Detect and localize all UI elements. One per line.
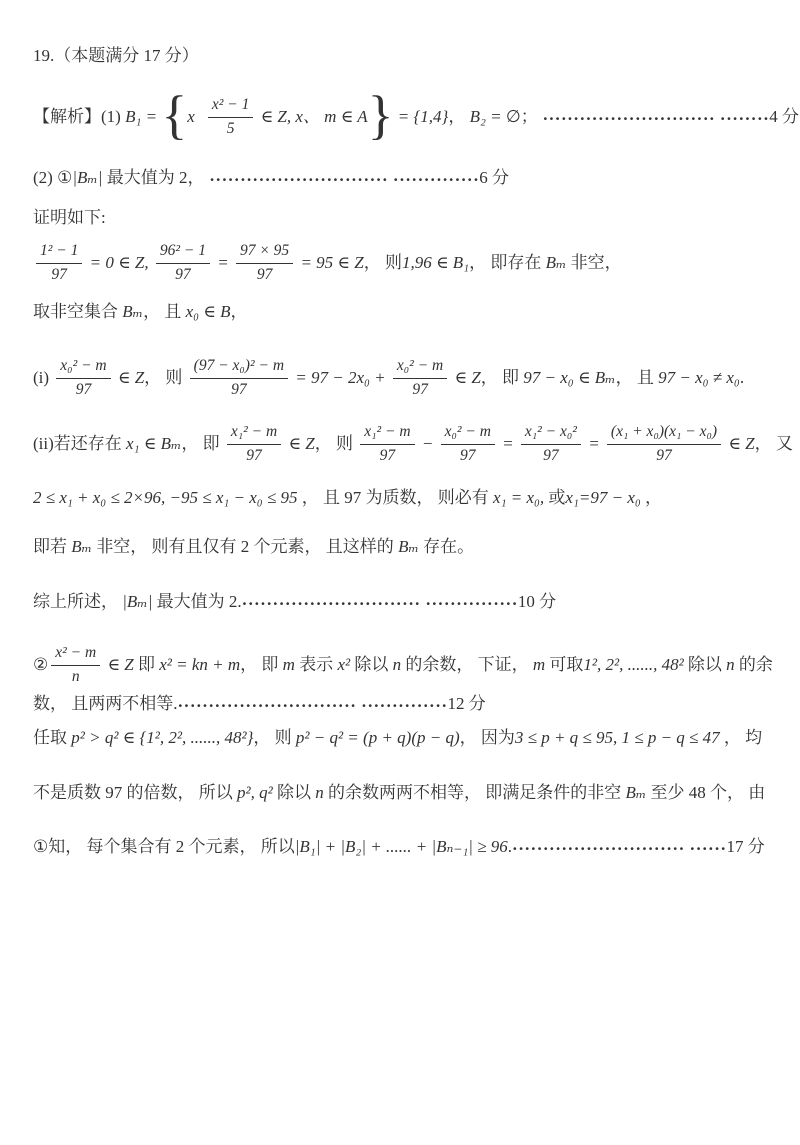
fraction-numerator: (x₁ + x₀)(x₁ − x₀)	[607, 423, 721, 445]
math-run: =	[213, 251, 233, 275]
fraction-numerator: x₀² − m	[441, 423, 495, 445]
document-page: 19.（本题满分 17 分） 【解析】(1) B₁ = {xx² − 15 ∈ …	[0, 0, 800, 1145]
text-run: 非空，	[566, 251, 621, 275]
math-run: p² − q² = (p + q)(p − q)	[296, 726, 460, 750]
math-run: = 97 − 2x₀ +	[291, 366, 390, 390]
math-run: n	[315, 781, 324, 805]
math-run: 1,96 ∈ B₁	[402, 251, 469, 275]
fraction: 97 × 9597	[236, 242, 293, 284]
text-run: 【解析】(1)	[33, 105, 125, 129]
text-run: ， 即存在	[469, 251, 546, 275]
text-run: ①知， 每个集合有 2 个元素， 所以	[33, 835, 295, 859]
text-run: ， 因为	[460, 726, 515, 750]
math-run: 2 ≤ x₁ + x₀ ≤ 2×96, −95 ≤ x₁ − x₀ ≤ 95	[33, 486, 298, 510]
fraction: 96² − 197	[156, 242, 210, 284]
math-run: |Bₘ|	[122, 590, 152, 614]
solution-line: 数， 且两两不相等.····························· …	[33, 692, 778, 716]
text-run: 取非空集合	[33, 300, 122, 324]
math-run: −	[418, 432, 438, 456]
text-run: ，	[448, 105, 469, 129]
fraction: x₀² − m97	[441, 423, 495, 465]
math-run: = {1,4}	[394, 105, 449, 129]
fraction-numerator: x₁² − m	[360, 423, 414, 445]
math-run: x²	[337, 653, 350, 677]
text-run: 非空， 则有且仅有 2 个元素， 且这样的	[92, 535, 398, 559]
dotted-leader: ····························· ··········…	[178, 694, 448, 718]
math-run: x₁ = x₀,	[493, 486, 544, 510]
fraction-numerator: x₀² − m	[393, 357, 447, 379]
fraction-denominator: 97	[246, 445, 262, 466]
solution-line: 2 ≤ x₁ + x₀ ≤ 2×96, −95 ≤ x₁ − x₀ ≤ 95 ，…	[33, 486, 778, 510]
math-run: Bₘ	[546, 251, 567, 275]
fraction: (x₁ + x₀)(x₁ − x₀)97	[607, 423, 721, 465]
math-run: ∈ Z, x、 m ∈ A	[256, 105, 367, 129]
score-mark: 10 分	[518, 590, 556, 614]
text-run: .	[740, 366, 744, 390]
text-run: ， 则	[253, 726, 296, 750]
fraction-denominator: 97	[175, 264, 191, 285]
text-run: ， 则	[364, 251, 402, 275]
solution-line: (i) x₀² − m97 ∈ Z， 则 (97 − x₀)² − m97 = …	[33, 349, 778, 407]
fraction-denominator: 97	[412, 379, 428, 400]
math-run: x₁ ∈ Bₘ	[126, 432, 181, 456]
text-run: ， 即	[240, 653, 283, 677]
fraction-numerator: 1² − 1	[36, 242, 82, 264]
score-mark: 17 分	[727, 835, 765, 859]
fraction-denominator: 97	[231, 379, 247, 400]
fraction-denominator: 5	[227, 118, 235, 139]
fraction: (97 − x₀)² − m97	[190, 357, 288, 399]
text-run: ， 且 97 为质数， 则必有	[298, 486, 494, 510]
fraction-denominator: n	[72, 666, 80, 687]
math-run: 97 − x₀ ∈ Bₘ	[523, 366, 615, 390]
math-run: x₁=97 − x₀	[565, 486, 640, 510]
text-run: 最大值为 2，	[102, 166, 204, 190]
fraction-denominator: 97	[51, 264, 67, 285]
solution-line: 【解析】(1) B₁ = {xx² − 15 ∈ Z, x、 m ∈ A} = …	[33, 86, 778, 148]
text-run: ， 则	[315, 432, 358, 456]
text-run: 即	[134, 653, 160, 677]
text-run: 可取	[545, 653, 583, 677]
solution-line: (ii)若还存在 x₁ ∈ Bₘ， 即 x₁² − m97 ∈ Z， 则 x₁²…	[33, 415, 778, 473]
math-run: x₀ ∈ B	[186, 300, 231, 324]
fraction: x₀² − m97	[56, 357, 110, 399]
math-run: m	[283, 653, 295, 677]
text-run: 综上所述，	[33, 590, 122, 614]
text-run: 除以	[350, 653, 393, 677]
solution-line: 任取 p² > q² ∈ {1², 2², ......, 48²}， 则 p²…	[33, 726, 778, 750]
text-run: 最大值为 2.	[152, 590, 241, 614]
math-run: =	[584, 432, 604, 456]
text-run: (i)	[33, 366, 53, 390]
math-run: |B₁| + |B₂| + ...... + |Bₙ₋₁| ≥ 96	[295, 835, 508, 859]
math-run: ∈ Z	[450, 366, 481, 390]
text-run: ②	[33, 653, 48, 677]
fraction-numerator: 97 × 95	[236, 242, 293, 264]
text-run: ；	[521, 105, 538, 129]
fraction-denominator: 97	[543, 445, 559, 466]
math-run: Bₘ	[71, 535, 92, 559]
math-run: p², q²	[237, 781, 273, 805]
dotted-leader: ····························· ··········…	[242, 592, 518, 616]
fraction-numerator: x₁² − m	[227, 423, 281, 445]
text-run: ，	[231, 300, 248, 324]
math-run: m	[533, 653, 545, 677]
right-brace: }	[368, 91, 394, 140]
math-run: 1², 2², ......, 48²	[583, 653, 683, 677]
score-mark: 12 分	[448, 692, 486, 716]
fraction-numerator: (97 − x₀)² − m	[190, 357, 288, 379]
text-run: 的余	[735, 653, 773, 677]
text-run: 存在。	[419, 535, 474, 559]
text-run: 除以	[684, 653, 727, 677]
math-run: ∈ Z	[724, 432, 755, 456]
solution-line: 1² − 197 = 0 ∈ Z, 96² − 197 = 97 × 9597 …	[33, 234, 778, 292]
fraction-numerator: x² − 1	[208, 96, 254, 118]
text-run: ， 且	[143, 300, 186, 324]
solution-line: 即若 Bₘ 非空， 则有且仅有 2 个元素， 且这样的 Bₘ 存在。	[33, 535, 778, 559]
math-run: B₂ = ∅	[470, 105, 521, 129]
math-run: x	[187, 105, 195, 129]
math-run: ∈ Z	[114, 366, 145, 390]
math-run: = 0 ∈ Z,	[85, 251, 153, 275]
dotted-leader: ···························· ······	[512, 837, 727, 861]
fraction: x² − 15	[208, 96, 254, 138]
fraction: 1² − 197	[36, 242, 82, 284]
fraction-numerator: x² − m	[51, 644, 100, 666]
math-run: n	[393, 653, 402, 677]
text-run: 或	[544, 486, 565, 510]
text-run: ， 均	[720, 726, 763, 750]
solution-line: ②x² − mn ∈ Z 即 x² = kn + m， 即 m 表示 x² 除以…	[33, 636, 778, 694]
math-run: Bₘ	[398, 535, 419, 559]
text-run: ， 则	[144, 366, 187, 390]
problem-heading: 19.（本题满分 17 分）	[33, 44, 778, 68]
math-run: Bₘ	[625, 781, 646, 805]
fraction-denominator: 97	[460, 445, 476, 466]
text-run: 的余数， 下证，	[401, 653, 533, 677]
math-run: ∈ Z	[103, 653, 134, 677]
math-run: = 95 ∈ Z	[296, 251, 364, 275]
text-run: 19.（本题满分 17 分）	[33, 44, 199, 68]
solution-line: 综上所述， |Bₘ| 最大值为 2.······················…	[33, 590, 778, 614]
solution-line: 证明如下:	[33, 206, 778, 230]
math-run: p² > q² ∈ {1², 2², ......, 48²}	[71, 726, 253, 750]
dotted-leader: ····························· ··········…	[204, 168, 479, 192]
text-run: 表示	[295, 653, 338, 677]
text-run: 的余数两两不相等， 即满足条件的非空	[324, 781, 626, 805]
left-brace: {	[161, 91, 187, 140]
text-run: ， 即	[181, 432, 224, 456]
fraction-numerator: 96² − 1	[156, 242, 210, 264]
dotted-leader: ···························· ········	[538, 107, 770, 131]
score-mark: 6 分	[479, 166, 509, 190]
solution-line: 取非空集合 Bₘ， 且 x₀ ∈ B，	[33, 300, 778, 324]
text-run: ， 即	[481, 366, 524, 390]
text-run: 即若	[33, 535, 71, 559]
math-run: 97 − x₀ ≠ x₀	[658, 366, 740, 390]
fraction: x₁² − m97	[227, 423, 281, 465]
text-run: (2) ①	[33, 166, 72, 190]
fraction: x₁² − x₀²97	[521, 423, 581, 465]
text-run: 至少 48 个， 由	[646, 781, 765, 805]
fraction-denominator: 97	[656, 445, 672, 466]
math-run: n	[726, 653, 735, 677]
solution-line: ①知， 每个集合有 2 个元素， 所以|B₁| + |B₂| + ...... …	[33, 835, 778, 859]
math-run: |Bₘ|	[72, 166, 102, 190]
text-run: ，	[641, 486, 662, 510]
score-mark: 4 分	[769, 105, 799, 129]
fraction-denominator: 97	[380, 445, 396, 466]
fraction: x² − mn	[51, 644, 100, 686]
fraction-denominator: 97	[76, 379, 92, 400]
text-run: 不是质数 97 的倍数， 所以	[33, 781, 237, 805]
fraction-numerator: x₀² − m	[56, 357, 110, 379]
solution-line: 不是质数 97 的倍数， 所以 p², q² 除以 n 的余数两两不相等， 即满…	[33, 781, 778, 805]
text-run: 除以	[273, 781, 316, 805]
text-run: 任取	[33, 726, 71, 750]
math-run: ∈ Z	[284, 432, 315, 456]
math-run: B₁ =	[125, 105, 161, 129]
text-run: (ii)若还存在	[33, 432, 126, 456]
solution-line: (2) ①|Bₘ| 最大值为 2， ······················…	[33, 166, 778, 190]
text-run: 证明如下:	[33, 206, 106, 230]
math-run: Bₘ	[122, 300, 143, 324]
text-run: ， 且	[616, 366, 659, 390]
text-run: 数， 且两两不相等.	[33, 692, 178, 716]
math-run: =	[498, 432, 518, 456]
fraction: x₁² − m97	[360, 423, 414, 465]
math-run: 3 ≤ p + q ≤ 95, 1 ≤ p − q ≤ 47	[515, 726, 720, 750]
math-run: x² = kn + m	[159, 653, 240, 677]
text-run: ， 又	[755, 432, 793, 456]
fraction-denominator: 97	[257, 264, 273, 285]
fraction-numerator: x₁² − x₀²	[521, 423, 581, 445]
fraction: x₀² − m97	[393, 357, 447, 399]
